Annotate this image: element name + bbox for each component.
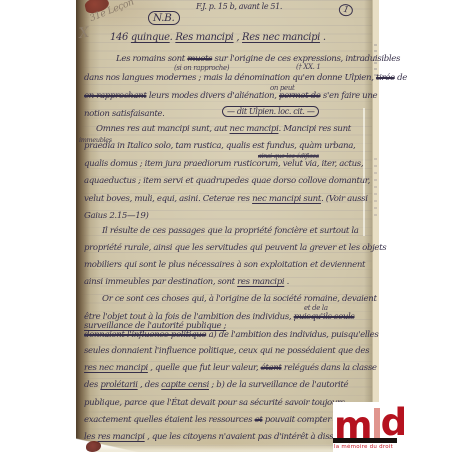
hw-segment: nec mancipi — [230, 124, 279, 134]
hw-segment: exactement quelles étaient les ressource… — [84, 415, 255, 425]
manuscript-line: Or ce sont ces choses qui, à l'origine d… — [102, 294, 377, 304]
manuscript-line: propriété rurale, ainsi que les servitud… — [84, 243, 386, 253]
hw-segment: Res nec mancipi — [242, 32, 320, 43]
hw-segment: , — [234, 32, 243, 43]
manuscript-line: res nec mancipi , quelle que fut leur va… — [84, 363, 377, 373]
logo-rule — [333, 438, 397, 443]
hw-segment: velut boves, muli, equi, asini. Ceterae … — [84, 194, 252, 204]
hw-segment: . — [320, 32, 326, 43]
hw-segment: publique, parce que l'État devait pour s… — [84, 398, 345, 408]
hw-segment: leurs modes divers d'aliénation, — [146, 91, 279, 101]
hw-segment: (si on rapproche) — [174, 64, 229, 72]
hw-segment: 31e Leçon — [88, 0, 135, 24]
hw-segment: de — [395, 73, 407, 83]
hw-segment: N.B. — [148, 11, 180, 25]
hw-segment: des — [84, 380, 100, 390]
manuscript-line: qualis domus ; item jura praediorum rust… — [84, 159, 363, 169]
hw-segment: ainsi immeubles par destination, sont — [84, 277, 237, 287]
hw-segment: donnaient l'influence politique — [84, 330, 206, 340]
page-number: 1 — [338, 3, 354, 17]
manuscript-line: Omnes res aut mancipi sunt, aut nec manc… — [96, 124, 351, 134]
hw-segment: seules donnaient l'influence politique, … — [84, 346, 369, 356]
manuscript-line: et de la — [304, 304, 328, 312]
hw-segment: Les romains sont — [116, 54, 187, 64]
hw-segment: — dit Ulpien. loc. cit. — — [222, 106, 319, 117]
manuscript-line: exactement quelles étaient les ressource… — [84, 415, 364, 425]
manuscript-line: velut boves, muli, equi, asini. Ceterae … — [84, 194, 368, 204]
hw-segment: qualis domus ; item jura praediorum rust… — [84, 159, 363, 169]
manuscript-scan: F.J. p. 15 b, avant le 51.131e LeçonXN.B… — [0, 0, 452, 452]
manuscript-line: seules donnaient l'influence politique, … — [84, 346, 369, 356]
manuscript-line: ainsi immeubles par destination, sont re… — [84, 277, 289, 287]
hw-segment: , des — [138, 380, 161, 390]
hw-segment: , quelle que fut leur valeur, — [148, 363, 261, 373]
logo-letter-m: m — [334, 415, 373, 438]
manuscript-line: mobiliers qui sont le plus nécessaires à… — [84, 260, 365, 270]
hw-segment: ; b) de la surveillance de l'autorité — [209, 380, 348, 390]
hw-segment: X — [78, 25, 90, 42]
hw-segment: praedia in Italico solo, tam rustica, qu… — [84, 141, 355, 151]
hw-segment: Or ce sont ces choses qui, à l'origine d… — [102, 294, 377, 304]
lesson-note: 31e Leçon — [88, 0, 135, 24]
manuscript-line: publique, parce que l'État devait pour s… — [84, 398, 345, 408]
manuscript-line: (si on rapproche) — [174, 64, 229, 72]
hw-segment: aquaeductus ; item servi et quadrupedes … — [84, 176, 370, 186]
manuscript-line: († XX. 1 — [296, 63, 321, 71]
manuscript-line: notion satisfaisante. — [84, 109, 165, 119]
hw-segment: permet de — [279, 91, 321, 101]
manuscript-line: — dit Ulpien. loc. cit. — — [222, 107, 319, 116]
manuscript-lines: F.J. p. 15 b, avant le 51.131e LeçonXN.B… — [0, 0, 452, 452]
hw-segment: quinque — [131, 32, 170, 43]
hw-segment: puisqu'ils seuls — [294, 312, 355, 322]
manuscript-line: Il résulte de ces passages que la propri… — [102, 226, 359, 236]
hw-segment: res nec mancipi — [84, 363, 148, 373]
logo-caption: la mémoire du droit — [334, 444, 393, 450]
hw-segment: , que les citoyens n'avaient pas d'intér… — [145, 432, 360, 442]
hw-segment: prolétarii — [100, 380, 137, 390]
hw-segment: capite censi — [161, 380, 209, 390]
hw-segment: tirée — [376, 73, 395, 83]
hw-segment: Il résulte de ces passages que la propri… — [102, 226, 359, 236]
section-title: 146 quinque. Res mancipi , Res nec manci… — [110, 32, 326, 43]
hw-segment: dans nos langues modernes ; mais la déno… — [84, 73, 376, 83]
manuscript-line: des prolétarii , des capite censi ; b) d… — [84, 380, 348, 390]
hw-segment: relégués dans la classe — [282, 363, 377, 373]
hw-segment: mobiliers qui sont le plus nécessaires à… — [84, 260, 365, 270]
hw-segment: Res mancipi — [175, 32, 233, 43]
hw-segment: en rapprochant — [84, 91, 146, 101]
manuscript-line: aquaeductus ; item servi et quadrupedes … — [84, 176, 370, 186]
hw-segment: a) de l'ambition des individus, puisqu'e… — [206, 330, 378, 340]
hw-segment: étant — [261, 363, 282, 373]
hw-segment: les — [84, 432, 98, 442]
hw-segment: res mancipi — [237, 277, 284, 287]
hw-segment: Gaius 2.15—19) — [84, 211, 149, 221]
hw-segment: Omnes res aut mancipi sunt, aut — [96, 124, 230, 134]
manuscript-line: les res mancipi , que les citoyens n'ava… — [84, 432, 360, 442]
hw-segment: . (Voir aussi — [321, 194, 368, 204]
hw-segment: 1 — [343, 5, 350, 16]
manuscript-line: praedia in Italico solo, tam rustica, qu… — [84, 141, 355, 151]
hw-segment: . — [284, 277, 289, 287]
hw-segment: F.J. p. 15 b, avant le 51. — [196, 2, 282, 11]
header-reference: F.J. p. 15 b, avant le 51. — [196, 2, 282, 11]
hw-segment: notion satisfaisante. — [84, 109, 165, 119]
hw-segment: propriété rurale, ainsi que les servitud… — [84, 243, 386, 253]
hw-segment: muets — [187, 54, 212, 64]
logo-letter-d: d — [381, 409, 408, 438]
nota-bene: N.B. — [148, 12, 180, 24]
hw-segment: († XX. 1 — [296, 63, 321, 71]
manuscript-line: en rapprochant leurs modes divers d'alié… — [84, 91, 377, 101]
hw-segment: res mancipi — [98, 432, 145, 442]
memoire-du-droit-logo: m d la mémoire du droit — [333, 402, 400, 452]
hw-segment: . Mancipi res sunt — [278, 124, 350, 134]
manuscript-line: dans nos langues modernes ; mais la déno… — [84, 73, 407, 83]
margin-cross: X — [78, 25, 90, 42]
manuscript-line: Gaius 2.15—19) — [84, 211, 149, 221]
hw-segment: et de la — [304, 304, 328, 312]
manuscript-line: donnaient l'influence politique a) de l'… — [84, 330, 378, 340]
manuscript-line: Les romains sont muets sur l'origine de … — [116, 54, 400, 64]
logo-letters: m d — [334, 407, 407, 438]
hw-segment: 146 — [110, 32, 131, 43]
hw-segment: s'en faire une — [321, 91, 378, 101]
hw-segment: nec mancipi sunt — [252, 194, 321, 204]
logo-divider-bar — [374, 408, 380, 438]
